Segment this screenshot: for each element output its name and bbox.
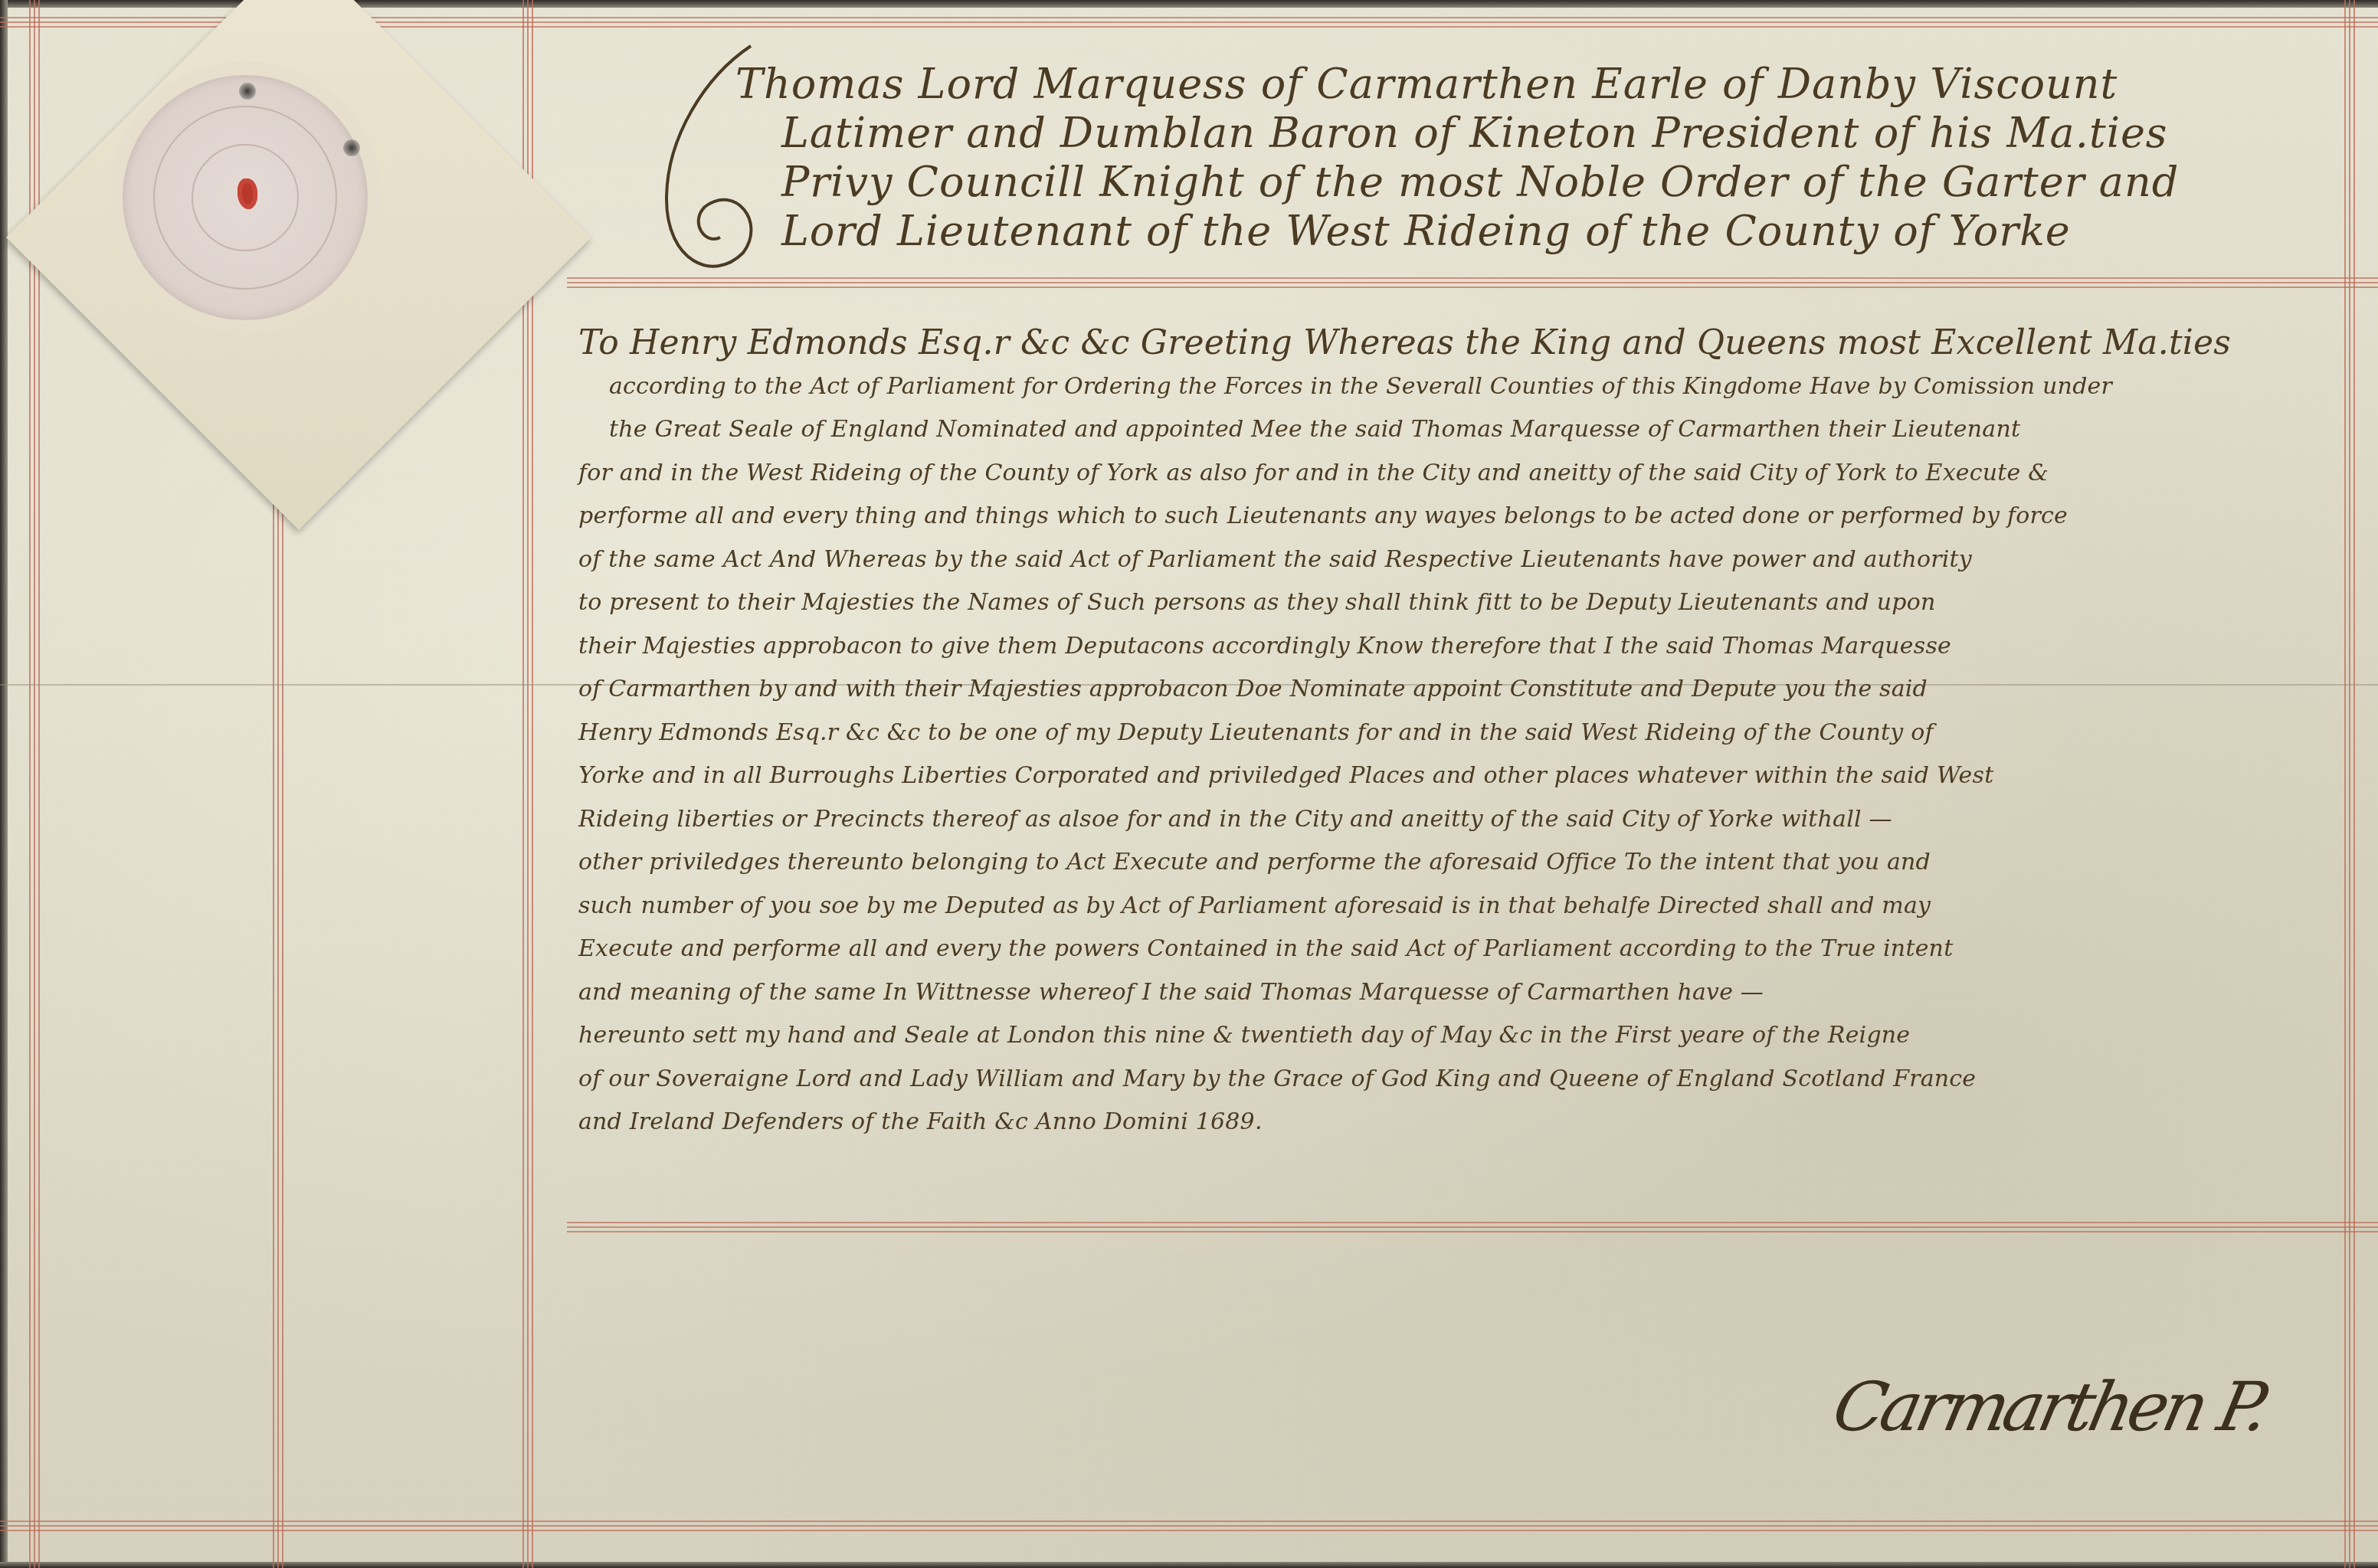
heading-line-3: Privy Councill Knight of the most Noble … [735,158,2378,207]
document-body: To Henry Edmonds Esq.r &c &c Greeting Wh… [578,322,2363,1144]
frame-edge-bottom [0,1562,2378,1568]
body-line-13: other priviledges thereunto belonging to… [578,841,2363,885]
heading-line-4: Lord Lieutenant of the West Rideing of t… [735,207,2378,256]
seal [92,31,506,444]
body-line-1: To Henry Edmonds Esq.r &c &c Greeting Wh… [578,322,2363,365]
heading-line-1: Thomas Lord Marquess of Carmarthen Earle… [735,60,2378,109]
document-heading: Thomas Lord Marquess of Carmarthen Earle… [735,60,2378,256]
rule-under-body [567,1222,2378,1232]
body-line-11: Yorke and in all Burroughs Liberties Cor… [578,755,2363,798]
body-line-15: Execute and performe all and every the p… [578,928,2363,971]
body-line-16: and meaning of the same In Wittnesse whe… [578,971,2363,1015]
body-line-12: Rideing liberties or Precincts thereof a… [578,798,2363,842]
ink-stain [343,139,360,156]
flourish-initial-icon [644,31,781,306]
body-line-3: the Great Seale of England Nominated and… [578,408,2363,452]
body-line-14: such number of you soe by me Deputed as … [578,885,2363,928]
body-line-8: their Majesties approbacon to give them … [578,625,2363,669]
seal-embossed-disc [123,75,368,320]
parchment-document: Thomas Lord Marquess of Carmarthen Earle… [0,0,2378,1568]
signature: Carmarthen P. [1826,1367,2272,1446]
body-line-19: and Ireland Defenders of the Faith &c An… [578,1101,2363,1144]
body-line-9: of Carmarthen by and with their Majestie… [578,668,2363,712]
body-line-17: hereunto sett my hand and Seale at Londo… [578,1014,2363,1058]
rule-bottom [0,1521,2378,1531]
body-line-6: of the same Act And Whereas by the said … [578,538,2363,582]
body-line-10: Henry Edmonds Esq.r &c &c to be one of m… [578,712,2363,755]
body-line-7: to present to their Majesties the Names … [578,581,2363,625]
body-line-18: of our Soveraigne Lord and Lady William … [578,1058,2363,1102]
body-line-4: for and in the West Rideing of the Count… [578,452,2363,496]
ink-stain [239,83,256,100]
frame-edge-left [0,0,8,1568]
body-line-2: according to the Act of Parliament for O… [578,365,2363,409]
red-wax-spot [237,178,257,209]
body-line-5: performe all and every thing and things … [578,495,2363,538]
heading-line-2: Latimer and Dumblan Baron of Kineton Pre… [735,109,2378,158]
rule-under-heading [567,277,2378,288]
